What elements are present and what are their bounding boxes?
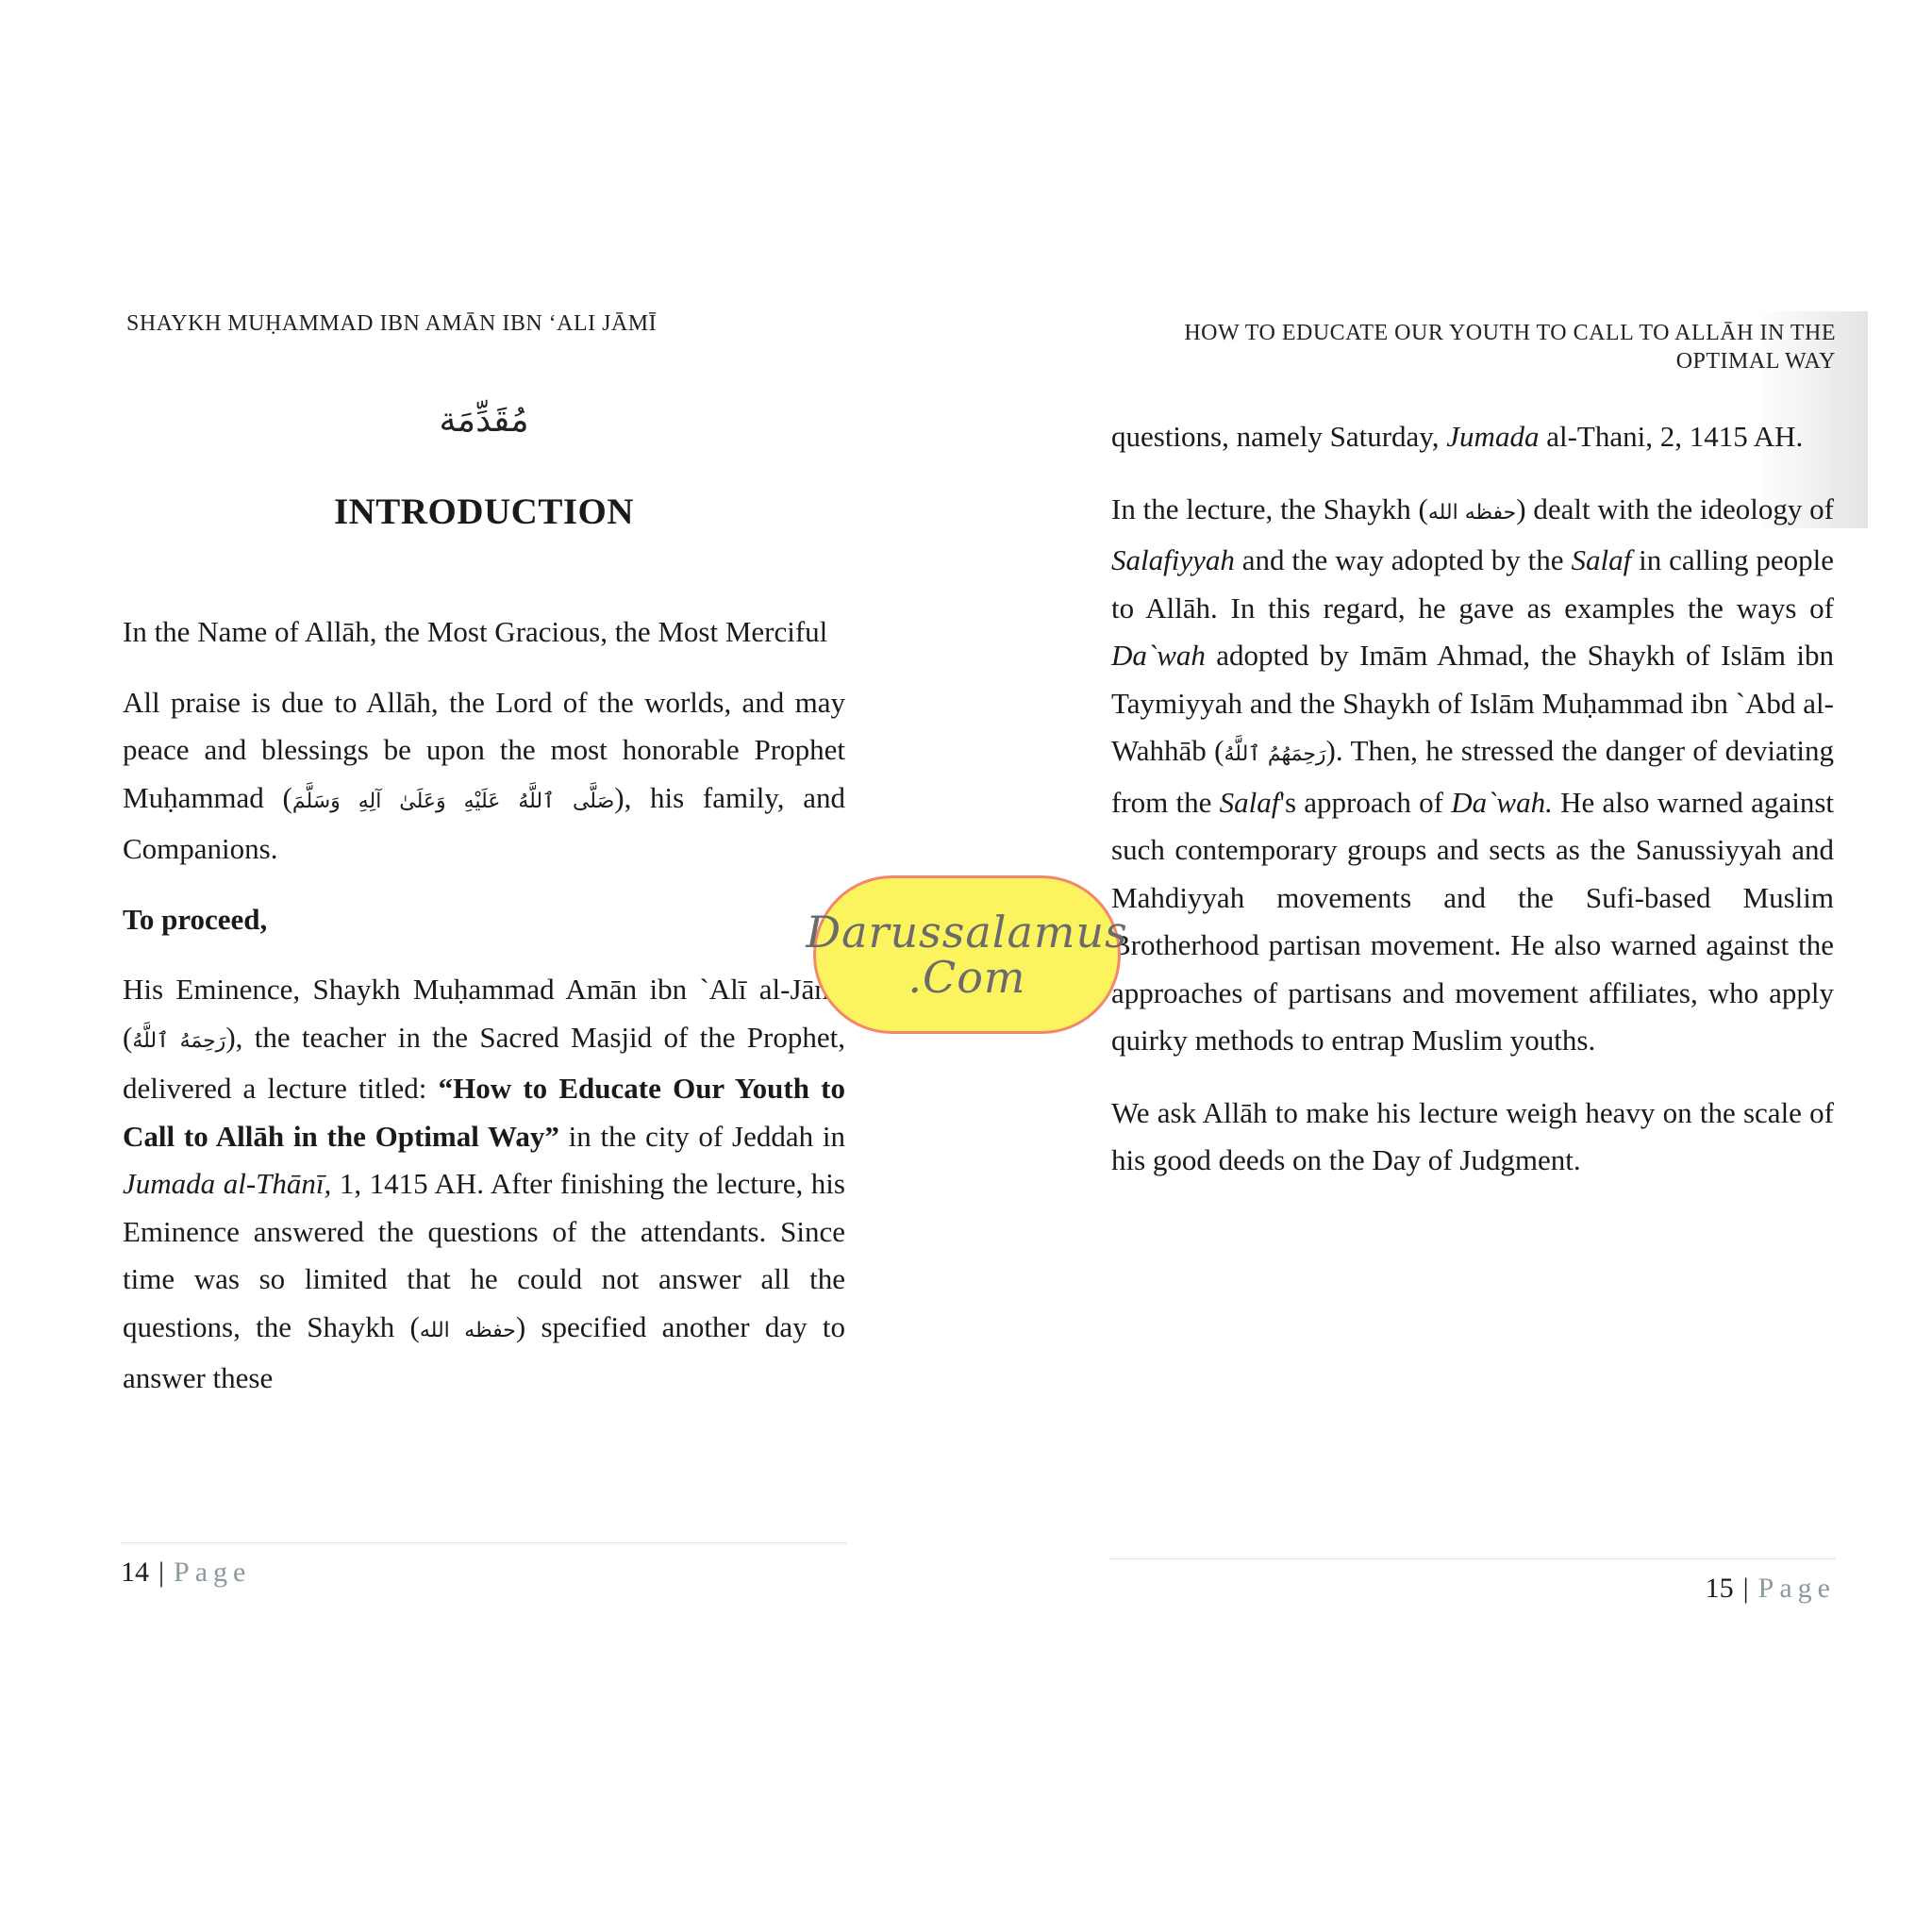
left-body-text: In the Name of Allāh, the Most Gracious,… [123, 608, 845, 1425]
arabic-rahimahumullah: رَحِمَهُمُ ٱللَّهُ [1224, 742, 1326, 766]
arabic-chapter-title: مُقَدِّمَة [121, 401, 847, 440]
watermark-line1: Darussalamus [806, 909, 1128, 955]
paragraph-basmala: In the Name of Allāh, the Most Gracious,… [123, 608, 845, 657]
paragraph-date: questions, namely Saturday, Jumada al-Th… [1111, 413, 1834, 461]
chapter-title: INTRODUCTION [121, 491, 847, 533]
left-page: SHAYKH MUḤAMMAD IBN AMĀN IBN ‘ALI JĀMĪ م… [121, 302, 847, 1623]
arabic-hafidhahullah: حفظه الله [420, 1319, 516, 1342]
running-head-title: HOW TO EDUCATE OUR YOUTH TO CALL TO ALLĀ… [1109, 319, 1836, 375]
right-page: HOW TO EDUCATE OUR YOUTH TO CALL TO ALLĀ… [1109, 311, 1836, 1632]
footer-divider [121, 1542, 847, 1543]
paragraph-supplication: We ask Allāh to make his lecture weigh h… [1111, 1090, 1834, 1185]
footer-divider [1109, 1558, 1836, 1559]
paragraph-lecture-info: His Eminence, Shaykh Muḥammad Amān ibn `… [123, 966, 845, 1403]
paragraph-to-proceed: To proceed, [123, 896, 845, 944]
arabic-rahimahullah: رَحِمَهُ ٱللَّهُ [132, 1029, 225, 1053]
running-head-author: SHAYKH MUḤAMMAD IBN AMĀN IBN ‘ALI JĀMĪ [126, 311, 657, 337]
paragraph-praise: All praise is due to Allāh, the Lord of … [123, 679, 845, 874]
page-number: 15|Page [1706, 1573, 1836, 1605]
paragraph-lecture-summary: In the lecture, the Shaykh (حفظه الله) d… [1111, 486, 1834, 1065]
right-body-text: questions, namely Saturday, Jumada al-Th… [1111, 413, 1834, 1207]
arabic-salutation: صَلَّى ٱللَّهُ عَلَيْهِ وَعَلَىٰ آلِهِ و… [292, 790, 614, 813]
arabic-hafidhahullah: حفظه الله [1428, 501, 1516, 525]
watermark-badge: Darussalamus .Com [813, 875, 1121, 1034]
page-number: 14|Page [121, 1557, 251, 1589]
watermark-line2: .Com [908, 955, 1025, 1000]
